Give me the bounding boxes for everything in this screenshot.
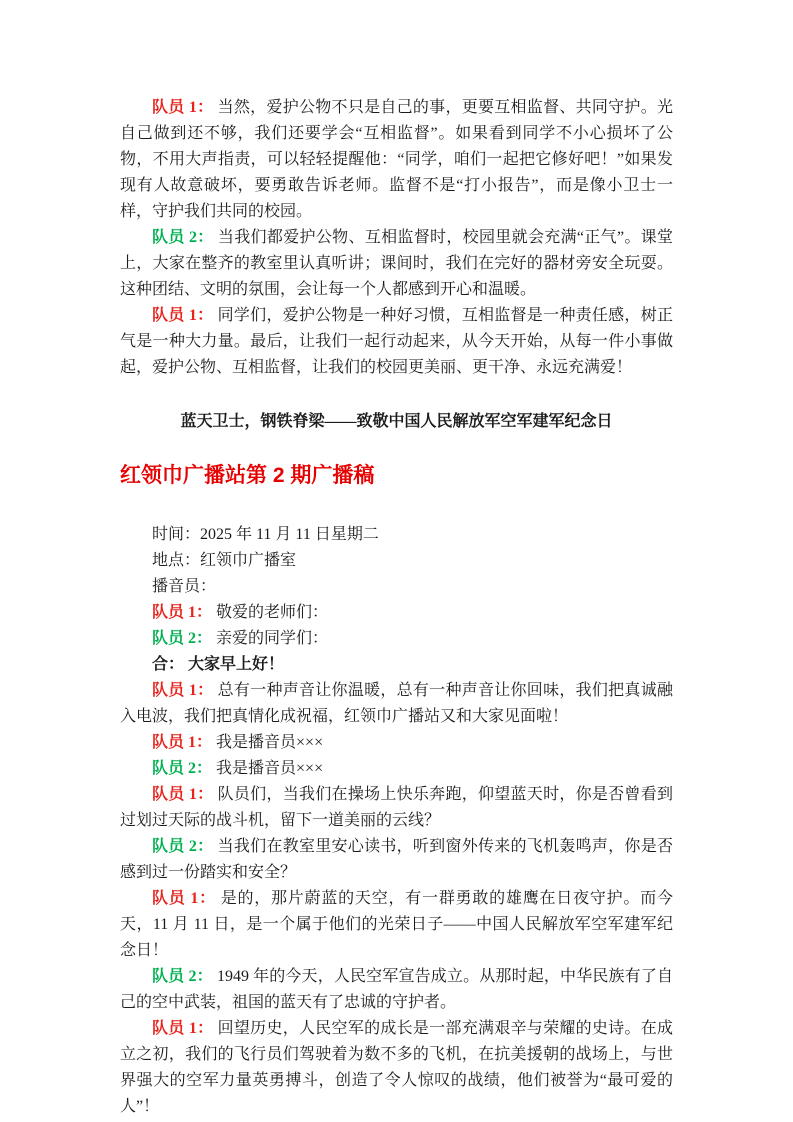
dialogue-text: 亲爱的同学们： <box>216 630 328 647</box>
speaker1-label: 队员 1： <box>152 1020 213 1037</box>
broadcast-paragraph: 队员 1： 同学们，爱护公物是一种好习惯，互相监督是一种责任感，树正气是一种大力… <box>120 303 673 381</box>
speaker2-label: 队员 2： <box>152 630 212 647</box>
speaker2-label: 队员 2： <box>152 760 212 777</box>
dialogue-line: 队员 2： 我是播音员××× <box>120 756 673 782</box>
speaker1-label: 队员 1： <box>152 734 212 751</box>
speaker1-label: 队员 1： <box>152 307 213 324</box>
broadcast-paragraph: 队员 1： 当然，爱护公物不只是自己的事，更要互相监督、共同守护。光自己做到还不… <box>120 95 673 225</box>
info-line-time: 时间：2025 年 11 月 11 日星期二 <box>120 522 673 548</box>
dialogue-line: 队员 2： 亲爱的同学们： <box>120 626 673 652</box>
speaker1-label: 队员 1： <box>152 682 213 699</box>
speaker2-label: 队员 2： <box>152 968 213 985</box>
speaker-all-label: 合： <box>152 656 184 673</box>
dialogue-line: 队员 1： 是的，那片蔚蓝的天空，有一群勇敢的雄鹰在日夜守护。而今天，11 月 … <box>120 886 673 964</box>
speaker1-label: 队员 1： <box>152 604 212 621</box>
speaker1-label: 队员 1： <box>152 99 213 116</box>
dialogue-text: 敬爱的老师们： <box>216 604 328 621</box>
dialogue-line-together: 合： 大家早上好！ <box>120 652 673 678</box>
document-page: 队员 1： 当然，爱护公物不只是自己的事，更要互相监督、共同守护。光自己做到还不… <box>0 0 793 1122</box>
broadcast-paragraph: 队员 2： 当我们都爱护公物、互相监督时，校园里就会充满“正气”。课堂上，大家在… <box>120 225 673 303</box>
dialogue-line: 队员 1： 总有一种声音让你温暖，总有一种声音让你回味，我们把真诚融入电波，我们… <box>120 678 673 730</box>
dialogue-line: 队员 2： 当我们在教室里安心读书，听到窗外传来的飞机轰鸣声，你是否感到过一份踏… <box>120 834 673 886</box>
info-line-place: 地点：红领巾广播室 <box>120 548 673 574</box>
speaker2-label: 队员 2： <box>152 229 214 246</box>
paragraph-text: 当然，爱护公物不只是自己的事，更要互相监督、共同守护。光自己做到还不够，我们还要… <box>120 99 673 220</box>
dialogue-text: 我是播音员××× <box>216 734 323 751</box>
dialogue-line: 队员 2： 1949 年的今天，人民空军宣告成立。从那时起，中华民族有了自己的空… <box>120 964 673 1016</box>
dialogue-line: 队员 1： 队员们，当我们在操场上快乐奔跑，仰望蓝天时，你是否曾看到过划过天际的… <box>120 782 673 834</box>
doc-heading: 红领巾广播站第 2 期广播稿 <box>120 461 673 491</box>
speaker2-label: 队员 2： <box>152 838 213 855</box>
dialogue-text: 大家早上好！ <box>188 656 284 673</box>
section-title: 蓝天卫士，钢铁脊梁——致敬中国人民解放军空军建军纪念日 <box>120 409 673 435</box>
dialogue-line: 队员 1： 回望历史，人民空军的成长是一部充满艰辛与荣耀的史诗。在成立之初，我们… <box>120 1016 673 1120</box>
dialogue-text: 我是播音员××× <box>216 760 323 777</box>
info-line-announcer: 播音员： <box>120 574 673 600</box>
dialogue-line: 队员 1： 我是播音员××× <box>120 730 673 756</box>
dialogue-line: 队员 1： 敬爱的老师们： <box>120 600 673 626</box>
speaker1-label: 队员 1： <box>152 786 213 803</box>
speaker1-label: 队员 1： <box>152 890 216 907</box>
